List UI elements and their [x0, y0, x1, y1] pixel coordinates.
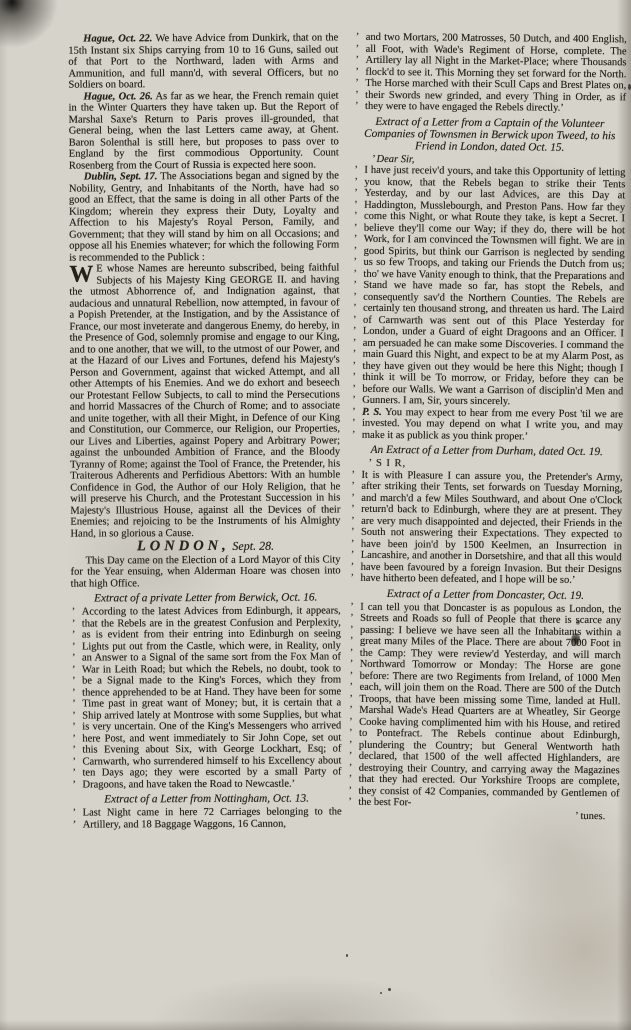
extract-heading-doncaster: Extract of a Letter from Doncaster, Oct.…	[355, 587, 615, 601]
quote-marks-rail: ’ ’ ’ ’ ’ ’ ’ ’ ’ ’ ’ ’ ’ ’ ’ ’ ’ ’	[348, 601, 353, 808]
news-item-hague-oct26: Hague, Oct. 26. As far as we hear, the F…	[69, 90, 339, 172]
quote-marks-rail: ’ ’ ’	[352, 406, 356, 441]
quote-marks-rail: ’ ’	[73, 808, 77, 831]
drop-cap-initial: W	[69, 263, 96, 284]
association-oath-paragraph: WE whose Names are hereunto subscribed, …	[69, 262, 340, 539]
extract-heading-berwick-captain: Extract of a Letter from a Captain of th…	[360, 115, 620, 153]
news-item-hague-oct22: Hague, Oct. 22. We have Advice from Dunk…	[68, 32, 338, 91]
quote-marks-rail: ’ ’ ’ ’ ’ ’ ’ ’ ’ ’ ’ ’ ’ ’ ’ ’ ’ ’ ’ ’ …	[352, 165, 358, 407]
letter-berwick-body: According to the latest Advices from Edi…	[71, 605, 342, 790]
letter-doncaster-body: I can tell you that Doncaster is as popu…	[347, 601, 621, 811]
postscript-label: P. S.	[362, 406, 382, 417]
quote-marks-rail: ’ ’ ’ ’ ’ ’ ’	[355, 32, 359, 113]
news-text: As far as we hear, the French remain qui…	[69, 90, 339, 171]
letter-durham-body: It is with Pleasure I can assure you, th…	[349, 469, 622, 587]
letter-postscript: P. S. You may expect to hear from me eve…	[351, 406, 623, 443]
ink-speck	[388, 988, 391, 991]
letter-text: and two Mortars, 200 Matrosses, 50 Dutch…	[365, 32, 627, 114]
extract-heading-berwick: Extract of a private Letter from Berwick…	[77, 591, 335, 604]
section-date: Sept. 28.	[232, 539, 274, 553]
news-text: This Day came on the Election of a Lord …	[71, 554, 341, 589]
lord-mayor-paragraph: This Day came on the Election of a Lord …	[71, 554, 341, 590]
ink-speck	[380, 992, 382, 994]
news-item-dublin-sept17: Dublin, Sept. 17. The Associations began…	[69, 170, 339, 263]
letter-captain-body: I have just receiv'd yours, and take thi…	[351, 165, 625, 409]
news-text: The Associations began and signed by the…	[69, 170, 339, 263]
letter-text: It is with Pleasure I can assure you, th…	[360, 469, 622, 586]
dateline: Hague, Oct. 26.	[84, 91, 153, 102]
dateline: Hague, Oct. 22.	[83, 33, 152, 44]
quote-marks-rail: ’ ’ ’ ’ ’ ’ ’ ’ ’ ’ ’ ’ ’ ’ ’ ’	[72, 607, 76, 791]
quote-marks-rail: ’ ’ ’ ’ ’ ’ ’ ’ ’ ’	[350, 469, 355, 584]
right-column: and two Mortars, 200 Matrosses, 50 Dutch…	[347, 32, 627, 823]
extract-heading-nottingham: Extract of a Letter from Nottingham, Oct…	[78, 792, 336, 805]
letter-text: Last Night came in here 72 Carriages bel…	[83, 806, 342, 830]
letter-text: You may expect to hear from me every Pos…	[362, 407, 623, 442]
letter-text: I can tell you that Doncaster is as popu…	[358, 601, 621, 808]
london-section-heading: LONDON, Sept. 28.	[70, 540, 340, 554]
letter-nottingham-body: Last Night came in here 72 Carriages bel…	[72, 806, 342, 830]
letter-text: According to the latest Advices from Edi…	[82, 605, 342, 790]
oath-text: E whose Names are hereunto subscribed, b…	[69, 262, 340, 539]
letter-text: I have just receiv'd yours, and take thi…	[362, 165, 625, 407]
extract-heading-durham: An Extract of a Letter from Durham, date…	[357, 444, 617, 458]
left-column: Hague, Oct. 22. We have Advice from Dunk…	[68, 32, 341, 830]
city-name: LONDON,	[137, 538, 230, 554]
newspaper-page: Hague, Oct. 22. We have Advice from Dunk…	[0, 0, 631, 1030]
dateline: Dublin, Sept. 17.	[84, 171, 158, 182]
letter-nottingham-continued: and two Mortars, 200 Matrosses, 50 Dutch…	[354, 32, 627, 115]
ink-speck	[346, 954, 348, 957]
